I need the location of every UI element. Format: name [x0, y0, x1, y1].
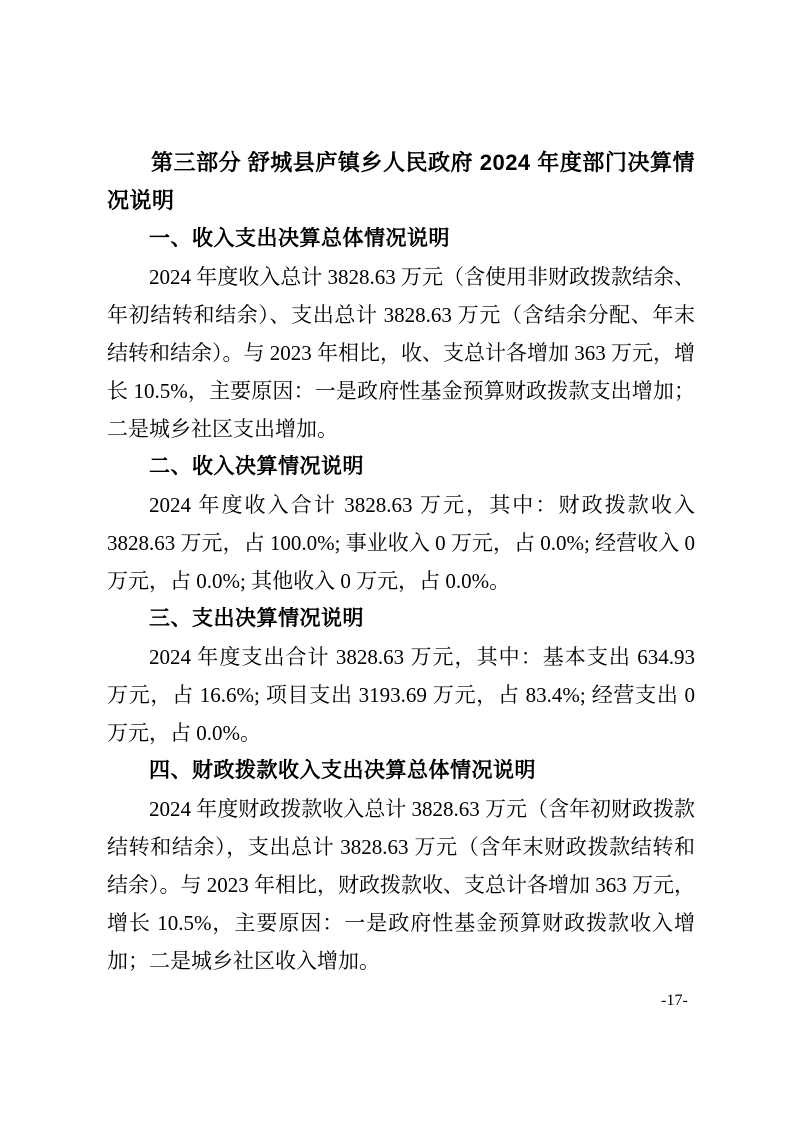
section-paragraph-2: 2024 年度收入合计 3828.63 万元，其中：财政拨款收入 3828.63…	[107, 486, 695, 600]
section-paragraph-3: 2024 年度支出合计 3828.63 万元，其中：基本支出 634.93 万元…	[107, 638, 695, 752]
page-number: -17-	[652, 991, 697, 1011]
section-heading-4: 四、财政拨款收入支出决算总体情况说明	[107, 752, 695, 790]
document-page: 第三部分 舒城县庐镇乡人民政府 2024 年度部门决算情况说明 一、收入支出决算…	[0, 0, 793, 1122]
section-heading-2: 二、收入决算情况说明	[107, 448, 695, 486]
section-paragraph-4: 2024 年度财政拨款收入总计 3828.63 万元（含年初财政拨款结转和结余）…	[107, 790, 695, 980]
section-heading-3: 三、支出决算情况说明	[107, 600, 695, 638]
section-paragraph-1: 2024 年度收入总计 3828.63 万元（含使用非财政拨款结余、年初结转和结…	[107, 258, 695, 448]
document-title: 第三部分 舒城县庐镇乡人民政府 2024 年度部门决算情况说明	[107, 144, 695, 220]
section-heading-1: 一、收入支出决算总体情况说明	[107, 220, 695, 258]
document-content: 第三部分 舒城县庐镇乡人民政府 2024 年度部门决算情况说明 一、收入支出决算…	[107, 144, 695, 980]
